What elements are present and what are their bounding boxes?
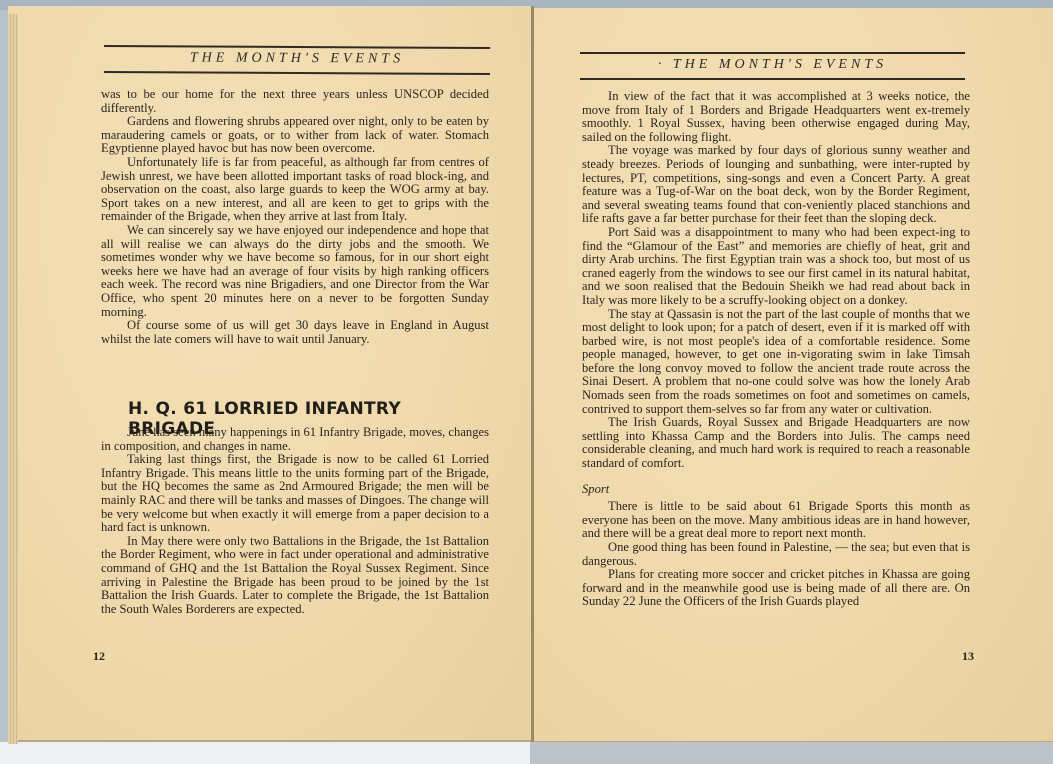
paragraph: One good thing has been found in Palesti… [582,541,970,568]
paragraph: Gardens and flowering shrubs appeared ov… [101,115,489,156]
paragraph: In view of the fact that it was accompli… [582,90,970,144]
running-header-right: · THE MONTH'S EVENTS [580,52,965,80]
paragraph: June has seen many happenings in 61 Infa… [101,426,489,453]
left-section-text: June has seen many happenings in 61 Infa… [101,426,489,616]
right-body-text: In view of the fact that it was accompli… [582,90,970,609]
paragraph: was to be our home for the next three ye… [101,88,489,115]
running-header-left: THE MONTH'S EVENTS [104,45,490,75]
page-number-right: 13 [962,649,974,664]
subheading-sport: Sport [582,483,970,497]
paragraph: We can sincerely say we have enjoyed our… [101,224,489,319]
paragraph: Port Said was a disappointment to many w… [582,226,970,308]
paragraph: The Irish Guards, Royal Sussex and Briga… [582,416,970,470]
page-number-left: 12 [93,649,105,664]
paragraph: In May there were only two Battalions in… [101,535,489,617]
paragraph: The stay at Qassasin is not the part of … [582,308,970,417]
paragraph: The voyage was marked by four days of gl… [582,144,970,226]
right-page: · THE MONTH'S EVENTS In view of the fact… [534,8,1053,742]
paragraph: Of course some of us will get 30 days le… [101,319,489,346]
page-edges [8,14,18,744]
paragraph: Unfortunately life is far from peaceful,… [101,156,489,224]
paragraph: Taking last things first, the Brigade is… [101,453,489,535]
left-continued-text: was to be our home for the next three ye… [101,88,489,346]
paragraph: Plans for creating more soccer and crick… [582,568,970,609]
background-bottom-left [0,742,530,764]
paragraph: There is little to be said about 61 Brig… [582,500,970,541]
left-page: THE MONTH'S EVENTS was to be our home fo… [8,6,532,742]
